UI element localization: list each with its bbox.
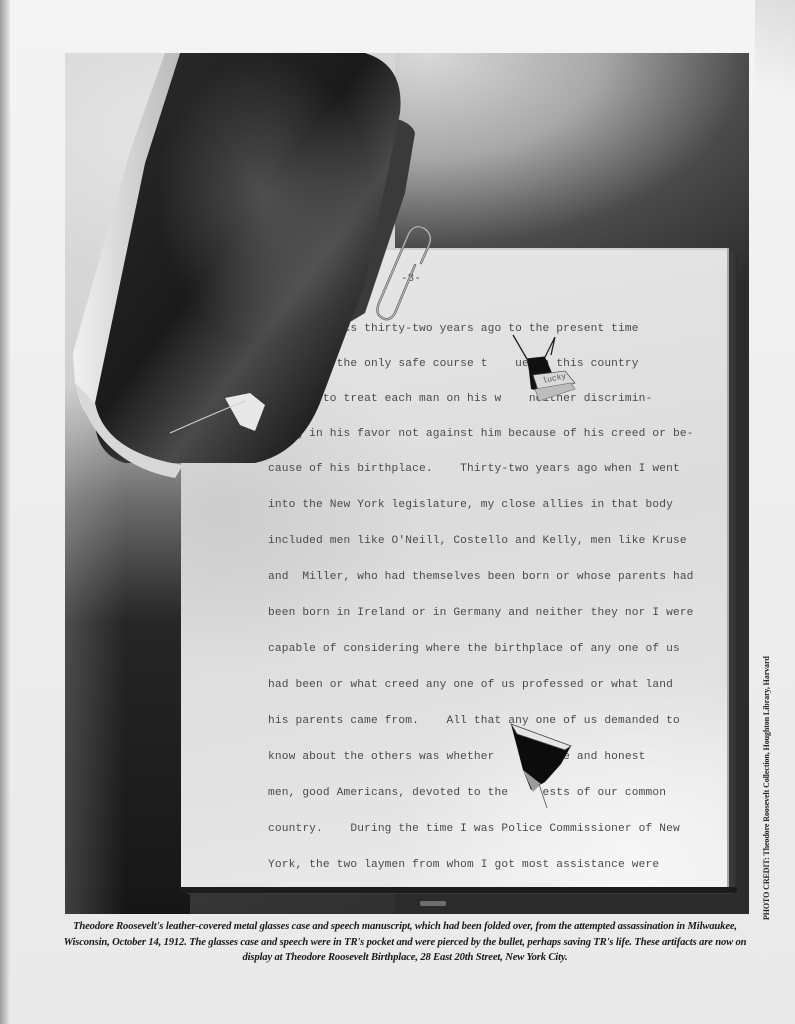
page-corner-shading bbox=[755, 0, 795, 160]
manuscript-line: into the New York legislature, my close … bbox=[268, 497, 673, 513]
photo-caption: Theodore Roosevelt's leather-covered met… bbox=[55, 919, 755, 966]
manuscript-line: capable of considering where the birthpl… bbox=[268, 641, 680, 657]
manuscript-line: country. During the time I was Police Co… bbox=[268, 821, 680, 837]
manuscript-line: York, the two laymen from whom I got mos… bbox=[268, 857, 659, 873]
bullet-hole-upper: lucky bbox=[505, 331, 585, 421]
page-binding-edge bbox=[0, 0, 10, 1024]
manuscript-stack-edge bbox=[727, 253, 737, 893]
manuscript-line: his parents came from. All that any one … bbox=[268, 713, 680, 729]
manuscript-line: included men like O'Neill, Costello and … bbox=[268, 533, 687, 549]
manuscript-stamp-mark bbox=[420, 901, 446, 906]
glasses-case bbox=[65, 53, 425, 493]
artifact-photograph: -8- into politics thirty-two years ago t… bbox=[65, 53, 749, 914]
manuscript-line: had been or what creed any one of us pro… bbox=[268, 677, 673, 693]
photo-credit: PHOTO CREDIT: Theodore Roosevelt Collect… bbox=[762, 656, 771, 920]
paper-clip-icon bbox=[375, 225, 435, 325]
bullet-hole-lower bbox=[505, 720, 585, 810]
manuscript-line: been born in Ireland or in Germany and n… bbox=[268, 605, 694, 621]
manuscript-bottom-edge bbox=[181, 887, 737, 893]
manuscript-line: men, good Americans, devoted to the ests… bbox=[268, 785, 666, 801]
manuscript-line: know about the others was whether quare … bbox=[268, 749, 646, 765]
manuscript-line: and Miller, who had themselves been born… bbox=[268, 569, 694, 585]
